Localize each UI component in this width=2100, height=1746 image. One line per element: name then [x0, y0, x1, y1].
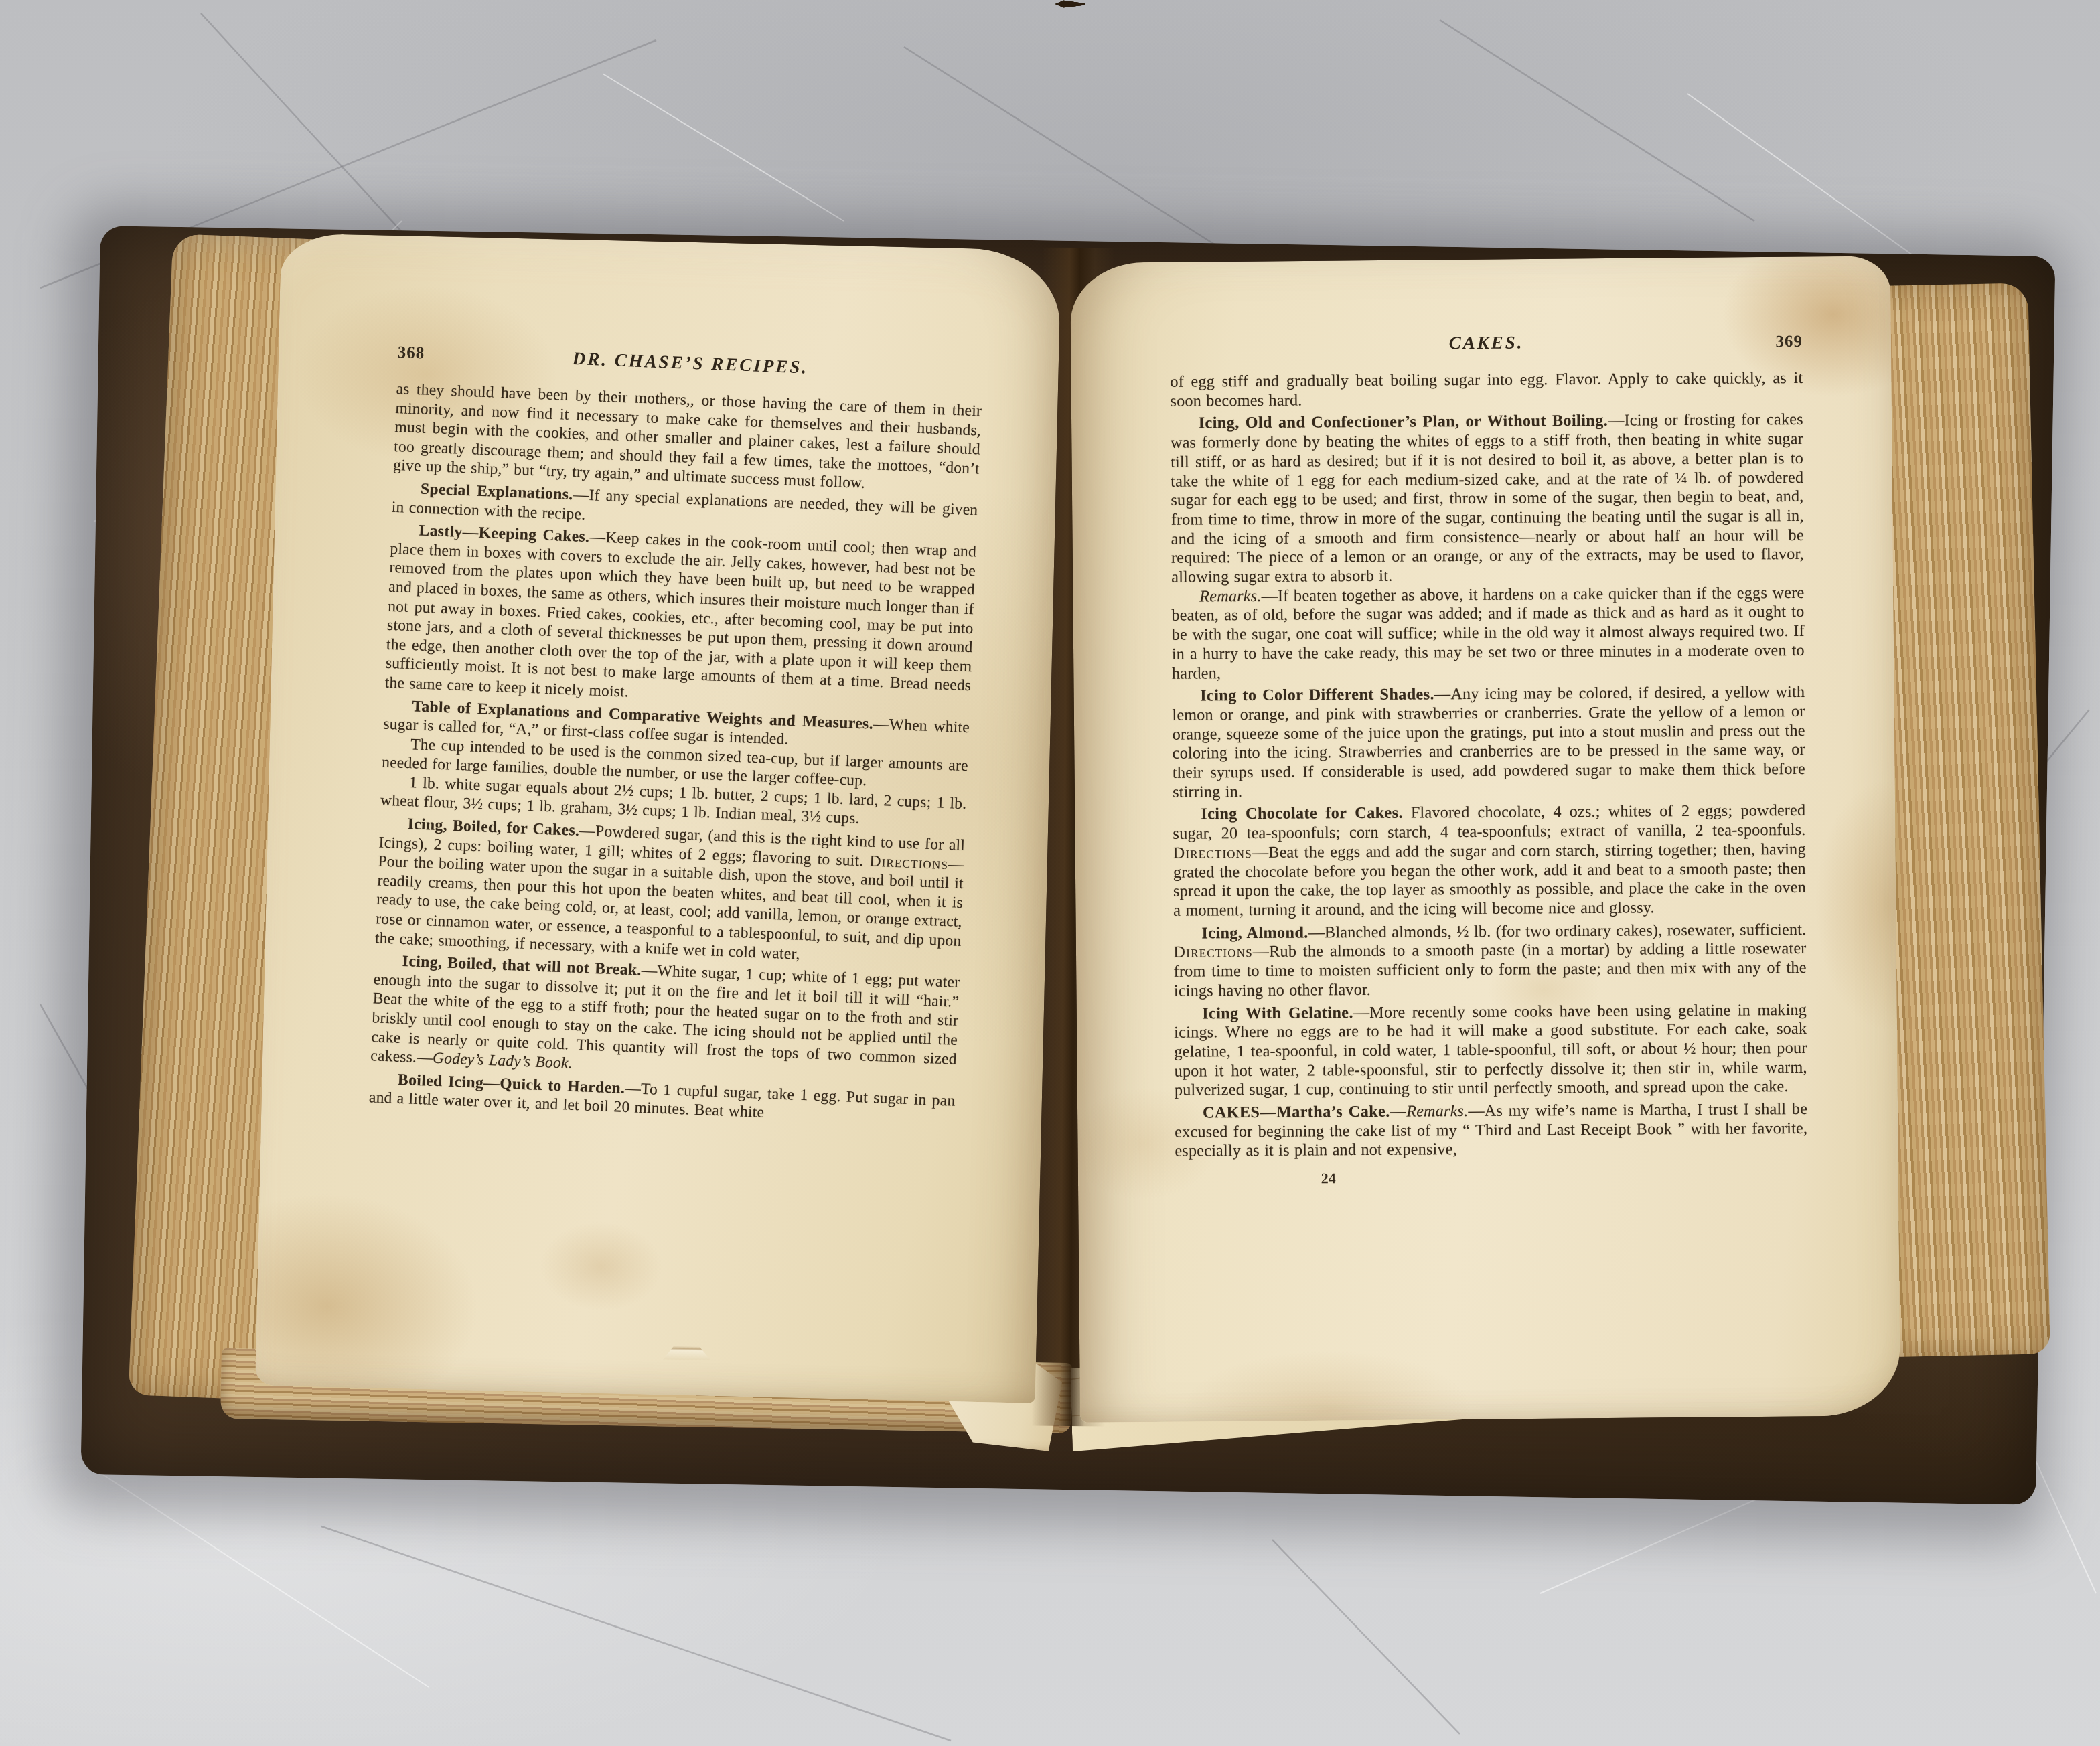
small-tear-mark [658, 1332, 716, 1368]
directions-label: Directions [869, 852, 949, 873]
recipe-paragraph: Lastly—Keeping Cakes.—Keep cakes in the … [384, 520, 976, 715]
recipe-paragraph: Icing With Gelatine.—More recently some … [1174, 1000, 1807, 1100]
recipe-heading: Icing, Boiled, that will not Break. [402, 953, 642, 979]
recipe-paragraph: CAKES—Martha’s Cake.—Remarks.—As my wife… [1175, 1100, 1808, 1162]
recipe-heading: CAKES—Martha’s Cake.— [1203, 1103, 1406, 1122]
body-paragraph: of egg stiff and gradually beat boiling … [1170, 369, 1803, 411]
recipe-heading: Boiled Icing—Quick to Harden. [398, 1071, 625, 1097]
remarks-label: Remarks. [1199, 587, 1261, 606]
recipe-paragraph: Icing, Boiled, for Cakes.—Powdered sugar… [375, 814, 966, 971]
running-header-left: DR. CHASE’S RECIPES. [477, 345, 903, 382]
recipe-paragraph: Icing Chocolate for Cakes. Flavored choc… [1173, 801, 1806, 921]
recipe-heading: Lastly—Keeping Cakes. [419, 522, 590, 546]
recipe-paragraph: Icing to Color Different Shades.—Any ici… [1172, 683, 1805, 802]
page-header-right: CAKES. 369 [1170, 331, 1803, 355]
running-header-right: CAKES. [1250, 331, 1722, 355]
recipe-heading: Special Explanations. [420, 480, 573, 503]
body-paragraph: as they should have been by their mother… [393, 380, 982, 497]
recipe-paragraph: Icing, Old and Confectioner’s Plan, or W… [1171, 410, 1805, 587]
citation: Godey’s Lady’s Book. [432, 1050, 573, 1073]
page-body-left: as they should have been by their mother… [368, 380, 982, 1130]
page-header-left: 368 DR. CHASE’S RECIPES. [397, 341, 984, 385]
recipe-paragraph: Icing, Boiled, that will not Break.—Whit… [370, 951, 960, 1089]
recipe-heading: Icing, Old and Confectioner’s Plan, or W… [1199, 412, 1608, 432]
directions-label: Directions [1173, 844, 1252, 862]
recipe-heading: Icing With Gelatine. [1202, 1004, 1353, 1022]
page-right-369: CAKES. 369 of egg stiff and gradually be… [1070, 256, 1900, 1423]
page-number-left: 368 [397, 343, 478, 366]
book-photo: 368 DR. CHASE’S RECIPES. as they should … [0, 0, 2100, 1746]
remarks-label: Remarks. [1406, 1102, 1468, 1121]
recipe-heading: Icing, Boiled, for Cakes. [407, 815, 580, 840]
recipe-heading: Icing Chocolate for Cakes. [1201, 804, 1403, 823]
recipe-paragraph: Icing, Almond.—Blanched almonds, ½ lb. (… [1173, 921, 1807, 1002]
recipe-heading: Icing to Color Different Shades. [1200, 686, 1434, 705]
body-paragraph: Remarks.—If beaten together as above, it… [1171, 584, 1805, 684]
directions-label: Directions [1173, 943, 1252, 961]
page-number-right: 369 [1722, 333, 1803, 352]
signature-mark: 24 [1321, 1167, 1808, 1187]
page-body-right: of egg stiff and gradually beat boiling … [1170, 369, 1807, 1162]
recipe-heading: Icing, Almond. [1201, 923, 1308, 942]
page-left-368: 368 DR. CHASE’S RECIPES. as they should … [255, 233, 1061, 1403]
